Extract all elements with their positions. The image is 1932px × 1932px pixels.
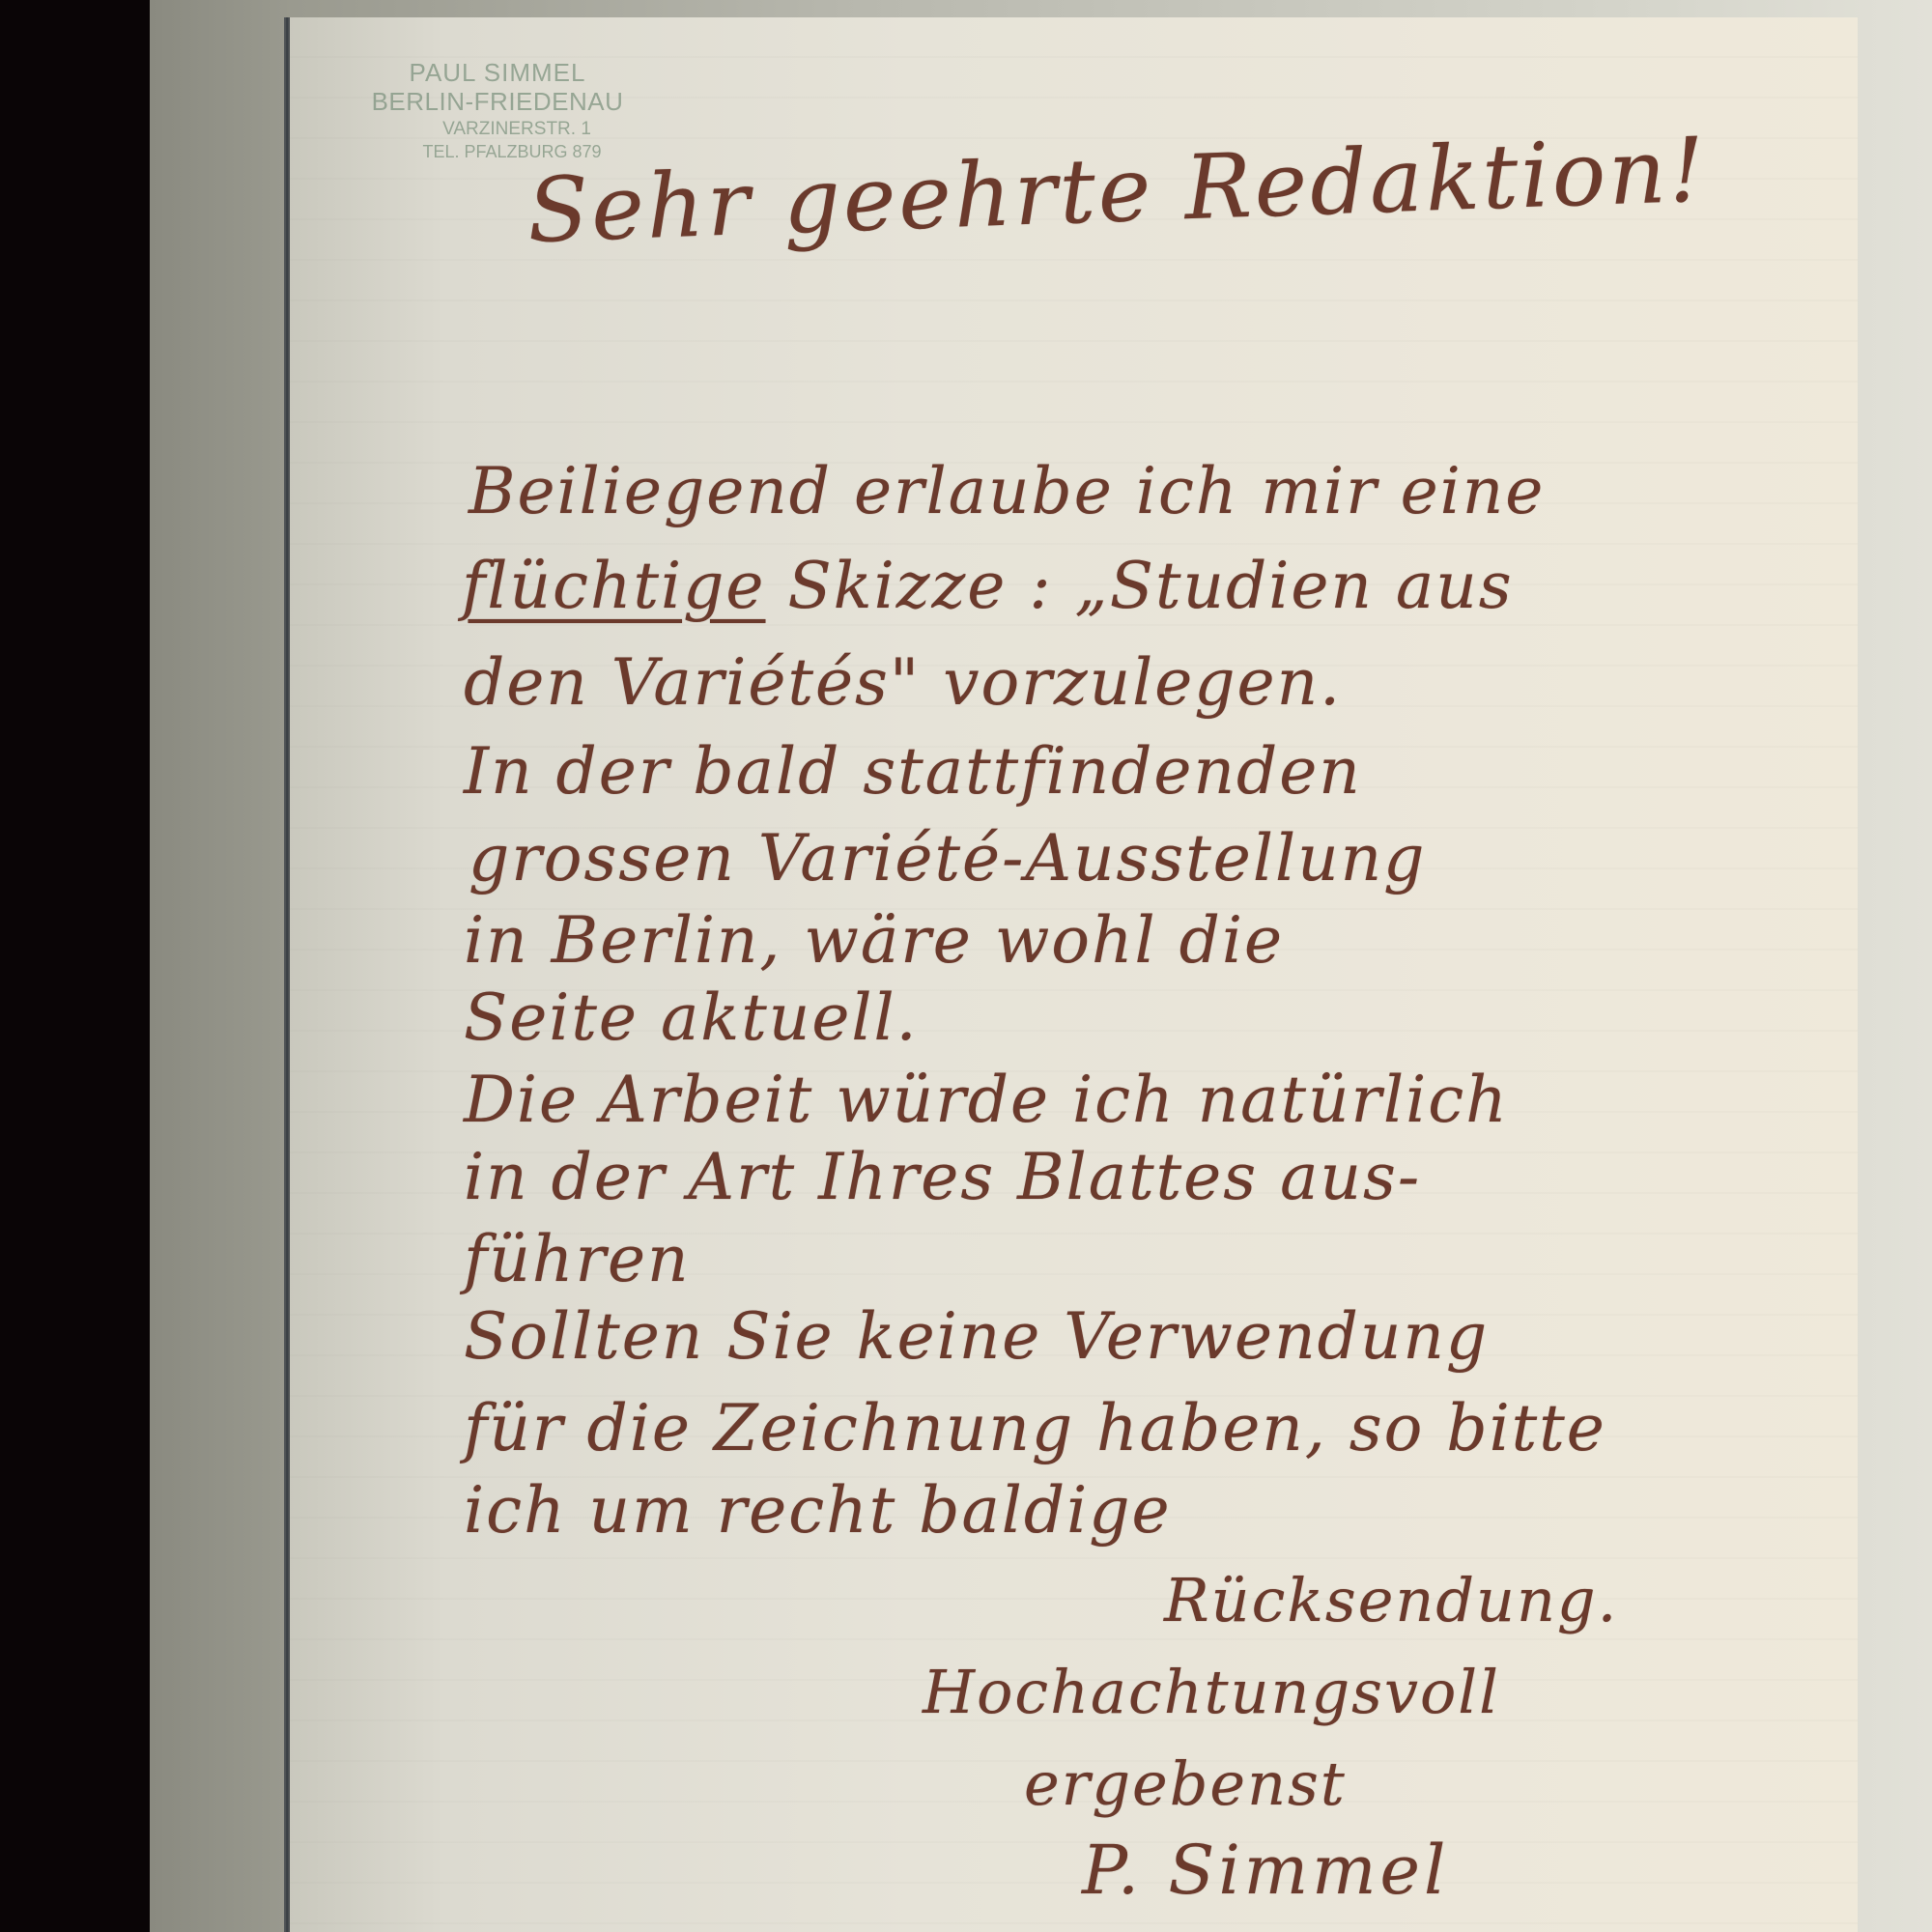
closing-salutation-2: ergebenst [1024, 1748, 1347, 1819]
letterhead-city: BERLIN-FRIEDENAU [343, 89, 652, 114]
body-line-1: Beiliegend erlaube ich mir eine [469, 454, 1545, 528]
body-line-2: flüchtige Skizze : „Studien aus [462, 549, 1514, 623]
body-line-9: in der Art Ihres Blattes aus- [464, 1140, 1421, 1214]
body-line-3: den Variétés" vorzulegen. [464, 645, 1342, 720]
letterhead-name: PAUL SIMMEL [343, 60, 652, 85]
underlined-word: flüchtige [462, 549, 765, 623]
body-line-10: führen [464, 1222, 691, 1296]
closing-salutation-1: Hochachtungsvoll [923, 1657, 1500, 1727]
body-line-11: Sollten Sie keine Verwendung [464, 1299, 1489, 1374]
letterhead: PAUL SIMMEL BERLIN-FRIEDENAU VARZINERSTR… [343, 60, 652, 160]
signature: P. Simmel [1082, 1831, 1449, 1910]
letterhead-street: VARZINERSTR. 1 [343, 120, 652, 138]
body-line-5: grossen Variété-Ausstellung [469, 821, 1426, 895]
closing-continuation: Rücksendung. [1164, 1565, 1618, 1635]
body-line-7: Seite aktuell. [464, 980, 919, 1055]
body-line-4: In der bald stattfindenden [464, 734, 1362, 809]
body-line-2-text: Skizze : „Studien aus [787, 549, 1513, 623]
body-line-13: ich um recht baldige [464, 1473, 1172, 1548]
body-line-8: Die Arbeit würde ich natürlich [464, 1063, 1509, 1137]
paper-edge [284, 17, 290, 1932]
body-line-6: in Berlin, wäre wohl die [464, 903, 1284, 978]
body-line-12: für die Zeichnung haben, so bitte [464, 1391, 1606, 1465]
